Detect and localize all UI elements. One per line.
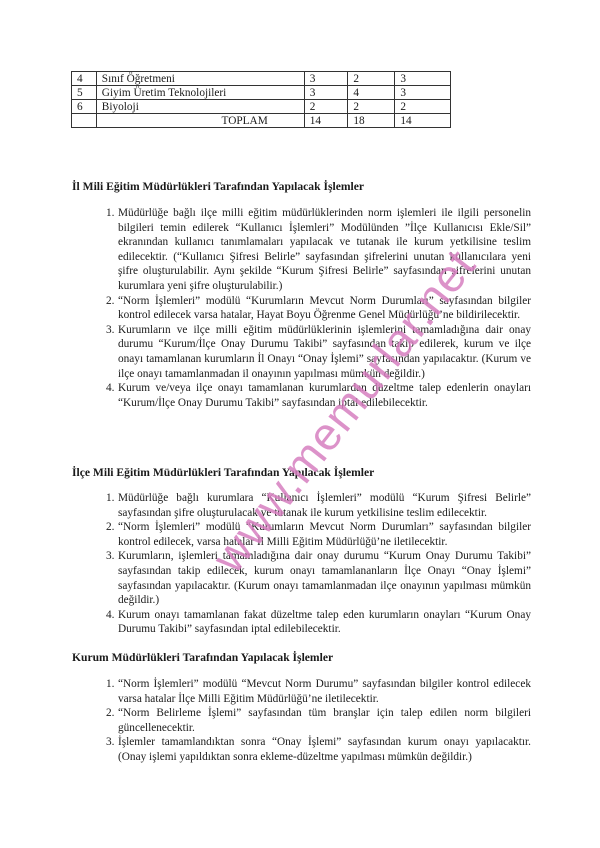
table-cell: Biyoloji bbox=[96, 100, 304, 114]
table-cell: 2 bbox=[304, 100, 348, 114]
total-value: 14 bbox=[395, 114, 451, 128]
item-number: 3. bbox=[106, 549, 114, 564]
item-text: “Norm İşlemleri” modülü “Kurumların Mevc… bbox=[118, 295, 531, 322]
item-text: “Norm İşlemleri” modülü “Kurumların Mevc… bbox=[118, 521, 531, 548]
item-text: Kurum onayı tamamlanan fakat düzeltme ta… bbox=[118, 609, 531, 636]
list-item: 3.Kurumların ve ilçe milli eğitim müdürl… bbox=[72, 323, 531, 381]
table-cell: Sınıf Öğretmeni bbox=[96, 72, 304, 86]
item-text: İşlemler tamamlandıktan sonra “Onay İşle… bbox=[118, 736, 531, 763]
table-cell bbox=[72, 114, 97, 128]
list-item: 3.İşlemler tamamlandıktan sonra “Onay İş… bbox=[72, 735, 531, 764]
table-cell: 2 bbox=[348, 100, 395, 114]
list-item: 2.“Norm İşlemleri” modülü “Kurumların Me… bbox=[72, 294, 531, 323]
item-text: “Norm İşlemleri” modülü “Mevcut Norm Dur… bbox=[118, 678, 531, 705]
table-row: 6 Biyoloji 2 2 2 bbox=[72, 100, 451, 114]
total-label: TOPLAM bbox=[96, 114, 304, 128]
table-cell: 6 bbox=[72, 100, 97, 114]
section-heading-ilce: İlçe Mili Eğitim Müdürlükleri Tarafından… bbox=[72, 466, 374, 481]
list-item: 2.“Norm Belirleme İşlemi” sayfasından tü… bbox=[72, 706, 531, 735]
total-value: 14 bbox=[304, 114, 348, 128]
item-number: 3. bbox=[106, 735, 114, 750]
table-total-row: TOPLAM 14 18 14 bbox=[72, 114, 451, 128]
table-cell: 4 bbox=[72, 72, 97, 86]
item-number: 4. bbox=[106, 608, 114, 623]
item-text: “Norm Belirleme İşlemi” sayfasından tüm … bbox=[118, 707, 531, 734]
ilce-items-list: 1.Müdürlüğe bağlı kurumlara “Kullanıcı İ… bbox=[72, 491, 531, 637]
list-item: 1.Müdürlüğe bağlı ilçe milli eğitim müdü… bbox=[72, 206, 531, 294]
table-cell: Giyim Üretim Teknolojileri bbox=[96, 86, 304, 100]
table-cell: 3 bbox=[304, 72, 348, 86]
table-cell: 2 bbox=[395, 100, 451, 114]
item-text: Kurumların ve ilçe milli eğitim müdürlük… bbox=[118, 324, 531, 380]
table-cell: 3 bbox=[395, 86, 451, 100]
total-value: 18 bbox=[348, 114, 395, 128]
table-row: 5 Giyim Üretim Teknolojileri 3 4 3 bbox=[72, 86, 451, 100]
item-number: 2. bbox=[106, 706, 114, 721]
list-item: 1.Müdürlüğe bağlı kurumlara “Kullanıcı İ… bbox=[72, 491, 531, 520]
table-cell: 3 bbox=[395, 72, 451, 86]
item-number: 4. bbox=[106, 381, 114, 396]
item-text: Kurumların, işlemleri tamamladığına dair… bbox=[118, 550, 531, 606]
list-item: 4.Kurum ve/veya ilçe onayı tamamlanan ku… bbox=[72, 381, 531, 410]
table-cell: 2 bbox=[348, 72, 395, 86]
kurum-items-list: 1.“Norm İşlemleri” modülü “Mevcut Norm D… bbox=[72, 677, 531, 765]
table-cell: 4 bbox=[348, 86, 395, 100]
section-heading-kurum: Kurum Müdürlükleri Tarafından Yapılacak … bbox=[72, 651, 333, 666]
item-number: 2. bbox=[106, 294, 114, 309]
item-number: 1. bbox=[106, 677, 114, 692]
norm-table: 4 Sınıf Öğretmeni 3 2 3 5 Giyim Üretim T… bbox=[71, 71, 451, 128]
item-number: 1. bbox=[106, 206, 114, 221]
item-text: Kurum ve/veya ilçe onayı tamamlanan kuru… bbox=[118, 382, 531, 409]
table-row: 4 Sınıf Öğretmeni 3 2 3 bbox=[72, 72, 451, 86]
item-text: Müdürlüğe bağlı ilçe milli eğitim müdürl… bbox=[118, 207, 531, 292]
item-text: Müdürlüğe bağlı kurumlara “Kullanıcı İşl… bbox=[118, 492, 531, 519]
list-item: 1.“Norm İşlemleri” modülü “Mevcut Norm D… bbox=[72, 677, 531, 706]
section-heading-il: İl Mili Eğitim Müdürlükleri Tarafından Y… bbox=[72, 180, 364, 195]
document-page: 4 Sınıf Öğretmeni 3 2 3 5 Giyim Üretim T… bbox=[0, 0, 600, 848]
item-number: 1. bbox=[106, 491, 114, 506]
list-item: 4.Kurum onayı tamamlanan fakat düzeltme … bbox=[72, 608, 531, 637]
list-item: 2.“Norm İşlemleri” modülü “Kurumların Me… bbox=[72, 520, 531, 549]
item-number: 2. bbox=[106, 520, 114, 535]
list-item: 3.Kurumların, işlemleri tamamladığına da… bbox=[72, 549, 531, 607]
table-cell: 5 bbox=[72, 86, 97, 100]
item-number: 3. bbox=[106, 323, 114, 338]
table-cell: 3 bbox=[304, 86, 348, 100]
il-items-list: 1.Müdürlüğe bağlı ilçe milli eğitim müdü… bbox=[72, 206, 531, 410]
